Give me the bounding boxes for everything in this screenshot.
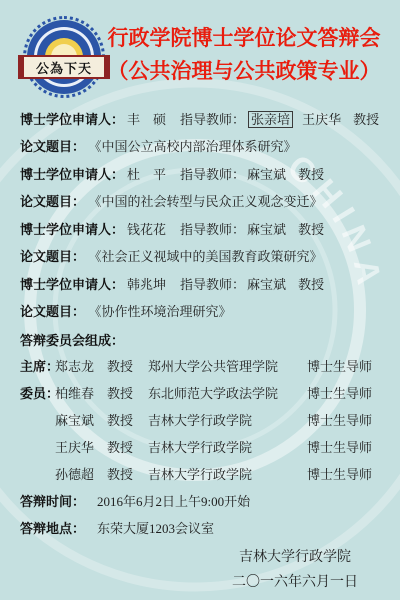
committee-member-qualification: 博士生导师 <box>307 437 372 456</box>
committee-role: 委员： <box>20 383 55 402</box>
applicant-row-2: 博士学位申请人：杜 平指导教师：麻宝斌教授 <box>20 164 324 183</box>
committee-member-name: 王庆华 <box>55 437 107 456</box>
committee-member-institution: 郑州大学公共管理学院 <box>148 356 307 375</box>
committee-member-institution: 吉林大学行政学院 <box>148 437 307 456</box>
applicant-label: 博士学位申请人： <box>20 222 124 237</box>
advisor-label: 指导教师： <box>180 112 245 127</box>
applicant-label: 博士学位申请人： <box>20 167 124 182</box>
thesis-label: 论文题目： <box>20 304 85 319</box>
committee-member-qualification: 博士生导师 <box>307 464 372 483</box>
applicant-row-4: 博士学位申请人：韩兆坤指导教师：麻宝斌教授 <box>20 274 324 293</box>
committee-member-name: 孙德超 <box>55 464 107 483</box>
applicant-name: 杜 平 <box>127 167 166 182</box>
advisor-name: 王庆华 <box>302 112 341 127</box>
thesis-title: 《中国的社会转型与民众正义观念变迁》 <box>95 194 323 209</box>
committee-member-institution: 吉林大学行政学院 <box>148 410 307 429</box>
thesis-row-2: 论文题目：《中国的社会转型与民众正义观念变迁》 <box>20 191 323 210</box>
advisor-label: 指导教师： <box>180 222 245 237</box>
committee-member-title: 教授 <box>107 464 148 483</box>
seal-banner-text: 公為下天 <box>36 58 92 77</box>
committee-member-title: 教授 <box>107 410 148 429</box>
committee-role: 主席： <box>20 356 55 375</box>
advisor-name: 麻宝斌 <box>247 277 286 292</box>
thesis-title: 《社会正义视域中的美国教育政策研究》 <box>95 249 323 264</box>
place-label: 答辩地点： <box>20 521 85 536</box>
committee-member-qualification: 博士生导师 <box>307 356 372 375</box>
thesis-title: 《协作性环境治理研究》 <box>95 304 232 319</box>
advisor-label: 指导教师： <box>180 277 245 292</box>
thesis-label: 论文题目： <box>20 194 85 209</box>
committee-row-member: 孙德超教授吉林大学行政学院博士生导师 <box>20 464 372 483</box>
thesis-label: 论文题目： <box>20 249 85 264</box>
committee-member-institution: 吉林大学行政学院 <box>148 464 307 483</box>
applicant-name: 钱花花 <box>127 222 166 237</box>
applicant-row-3: 博士学位申请人：钱花花指导教师：麻宝斌教授 <box>20 219 324 238</box>
committee-member-title: 教授 <box>107 383 148 402</box>
defense-place-row: 答辩地点：东荣大厦1203会议室 <box>20 518 214 537</box>
committee-member-title: 教授 <box>107 437 148 456</box>
advisor-title: 教授 <box>353 112 379 127</box>
advisor-name: 麻宝斌 <box>247 167 286 182</box>
defense-time-row: 答辩时间：2016年6月2日上午9:00开始 <box>20 491 250 510</box>
committee-member-name: 柏维春 <box>55 383 107 402</box>
applicant-label: 博士学位申请人： <box>20 112 124 127</box>
thesis-row-3: 论文题目：《社会正义视域中的美国教育政策研究》 <box>20 246 323 265</box>
committee-member-name: 麻宝斌 <box>55 410 107 429</box>
committee-member-name: 郑志龙 <box>55 356 107 375</box>
advisor-label: 指导教师： <box>180 167 245 182</box>
footer-organization: 吉林大学行政学院 <box>205 546 385 566</box>
committee-row-member: 麻宝斌教授吉林大学行政学院博士生导师 <box>20 410 372 429</box>
thesis-label: 论文题目： <box>20 139 85 154</box>
advisor-name: 麻宝斌 <box>247 222 286 237</box>
advisor-title: 教授 <box>298 222 324 237</box>
poster-title: 行政学院博士学位论文答辩会 （公共治理与公共政策专业） <box>94 22 394 88</box>
advisor-title: 教授 <box>298 167 324 182</box>
time-value: 2016年6月2日上午9:00开始 <box>97 494 250 509</box>
time-label: 答辩时间： <box>20 494 85 509</box>
committee-row-member: 委员：柏维春教授东北师范大学政法学院博士生导师 <box>20 383 372 402</box>
defense-announcement-poster: CHINA 公為下天 行政学院博士学位论文答辩会 （公共治理与公共政策专业） 博… <box>0 0 400 600</box>
advisor-name-boxed: 张亲培 <box>248 111 293 128</box>
committee-row-member: 王庆华教授吉林大学行政学院博士生导师 <box>20 437 372 456</box>
committee-member-qualification: 博士生导师 <box>307 383 372 402</box>
title-line-1: 行政学院博士学位论文答辩会 <box>94 22 394 55</box>
committee-row-chair: 主席：郑志龙教授郑州大学公共管理学院博士生导师 <box>20 356 372 375</box>
committee-heading: 答辩委员会组成： <box>20 330 124 349</box>
applicant-label: 博士学位申请人： <box>20 277 124 292</box>
applicant-name: 韩兆坤 <box>127 277 166 292</box>
committee-member-institution: 东北师范大学政法学院 <box>148 383 307 402</box>
thesis-row-1: 论文题目：《中国公立高校内部治理体系研究》 <box>20 136 297 155</box>
place-value: 东荣大厦1203会议室 <box>97 521 214 536</box>
applicant-row-1: 博士学位申请人：丰 硕指导教师：张亲培王庆华教授 <box>20 109 379 128</box>
advisor-title: 教授 <box>298 277 324 292</box>
thesis-title: 《中国公立高校内部治理体系研究》 <box>95 139 297 154</box>
title-line-2: （公共治理与公共政策专业） <box>94 55 394 88</box>
footer-date: 二〇一六年六月一日 <box>205 571 385 591</box>
committee-member-qualification: 博士生导师 <box>307 410 372 429</box>
committee-member-title: 教授 <box>107 356 148 375</box>
applicant-name: 丰 硕 <box>127 112 166 127</box>
thesis-row-4: 论文题目：《协作性环境治理研究》 <box>20 301 232 320</box>
